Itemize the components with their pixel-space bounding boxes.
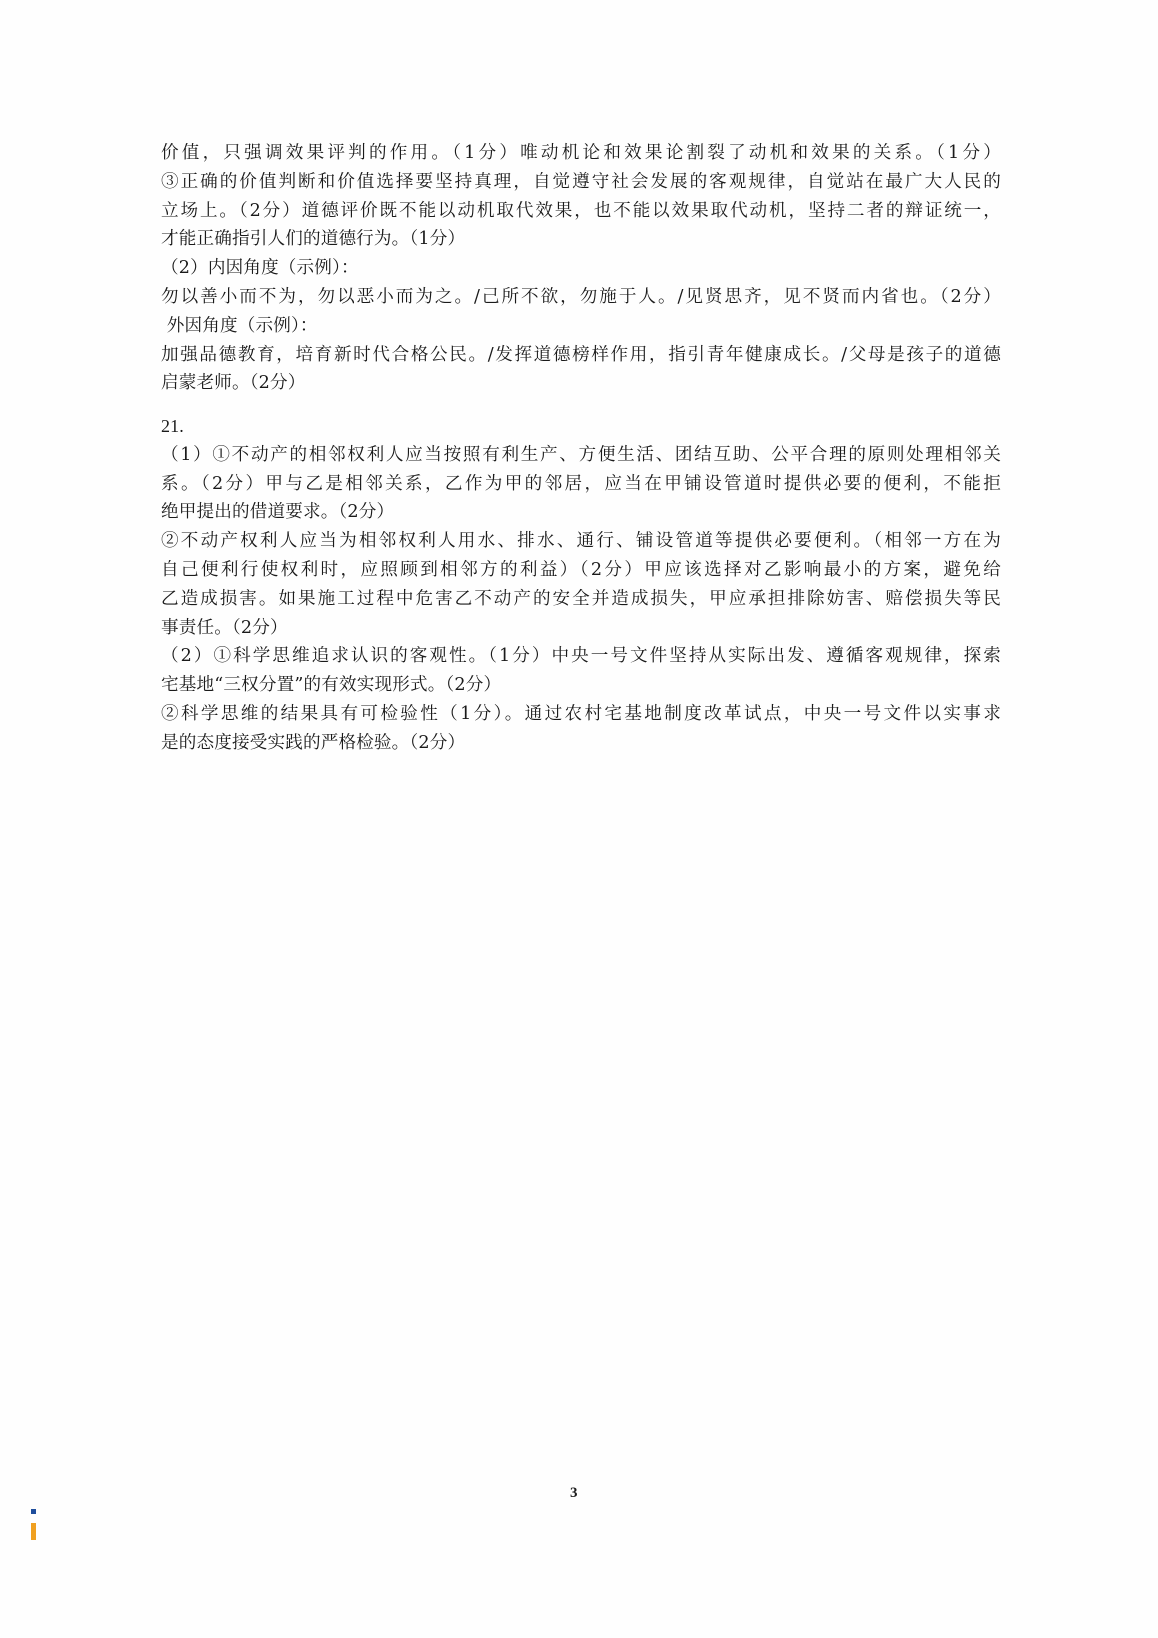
text-line: 乙造成损害。如果施工过程中危害乙不动产的安全并造成损失，甲应承担排除妨害、赔偿损… xyxy=(161,585,1001,614)
text-line: 立场上。（2分）道德评价既不能以动机取代效果，也不能以效果取代动机，坚持二者的辩… xyxy=(161,197,1001,226)
page-number: 3 xyxy=(570,1485,578,1502)
text-line: ②不动产权利人应当为相邻权利人用水、排水、通行、铺设管道等提供必要便利。（相邻一… xyxy=(161,527,1001,556)
text-line: （1）①不动产的相邻权利人应当按照有利生产、方便生活、团结互助、公平合理的原则处… xyxy=(161,441,1001,470)
text-line: 价值，只强调效果评判的作用。（1分）唯动机论和效果论割裂了动机和效果的关系。（1… xyxy=(161,139,1001,168)
logo-dot-icon xyxy=(31,1509,36,1514)
text-line: ③正确的价值判断和价值选择要坚持真理，自觉遵守社会发展的客观规律，自觉站在最广大… xyxy=(161,168,1001,197)
document-page: 价值，只强调效果评判的作用。（1分）唯动机论和效果论割裂了动机和效果的关系。（1… xyxy=(0,0,1158,1638)
answer-block-q20-continued: 价值，只强调效果评判的作用。（1分）唯动机论和效果论割裂了动机和效果的关系。（1… xyxy=(161,139,1001,398)
sub-heading: 外因角度（示例）： xyxy=(161,312,1001,341)
text-line: （2）①科学思维追求认识的客观性。（1分）中央一号文件坚持从实际出发、遵循客观规… xyxy=(161,642,1001,671)
text-line: 勿以善小而不为，勿以恶小而为之。/己所不欲，勿施于人。/见贤思齐，见不贤而内省也… xyxy=(161,283,1001,312)
text-line: 加强品德教育，培育新时代合格公民。/发挥道德榜样作用，指引青年健康成长。/父母是… xyxy=(161,341,1001,370)
text-line: 启蒙老师。（2分） xyxy=(161,369,1001,398)
question-number: 21. xyxy=(161,412,1001,441)
answer-block-q21: 21. （1）①不动产的相邻权利人应当按照有利生产、方便生活、团结互助、公平合理… xyxy=(161,412,1001,758)
watermark-logo-icon xyxy=(30,1509,38,1545)
text-line: 自己便利行使权利时，应照顾到相邻方的利益）（2分）甲应该选择对乙影响最小的方案，… xyxy=(161,556,1001,585)
text-line: 宅基地“三权分置”的有效实现形式。（2分） xyxy=(161,671,1001,700)
text-line: 系。（2分）甲与乙是相邻关系，乙作为甲的邻居，应当在甲铺设管道时提供必要的便利，… xyxy=(161,470,1001,499)
text-line: 绝甲提出的借道要求。（2分） xyxy=(161,498,1001,527)
text-line: 才能正确指引人们的道德行为。（1分） xyxy=(161,225,1001,254)
text-line: 事责任。（2分） xyxy=(161,614,1001,643)
text-line: 是的态度接受实践的严格检验。（2分） xyxy=(161,729,1001,758)
logo-bar-icon xyxy=(31,1523,36,1540)
sub-question-heading: （2）内因角度（示例）： xyxy=(161,254,1001,283)
text-line: ②科学思维的结果具有可检验性（1分）。通过农村宅基地制度改革试点，中央一号文件以… xyxy=(161,700,1001,729)
